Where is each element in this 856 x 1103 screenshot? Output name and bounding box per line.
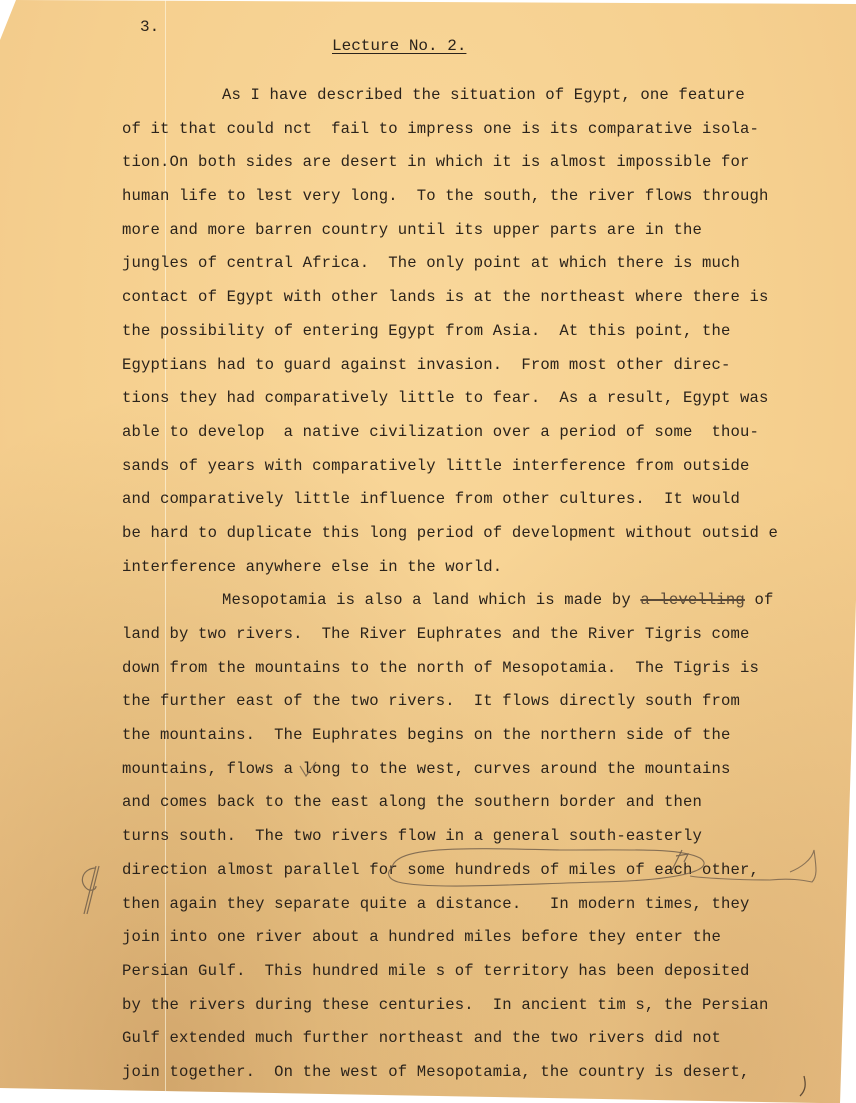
text-line: Egyptians had to guard against invasion.… [122,349,842,383]
text-line: contact of Egypt with other lands is at … [122,281,842,315]
text-line: tion.On both sides are desert in which i… [122,146,842,180]
text-line: be hard to duplicate this long period of… [122,517,842,551]
text-line: and comparatively little influence from … [122,483,842,517]
text-line: mountains, flows a long to the west, cur… [122,753,842,787]
text-line: turns south. The two rivers flow in a ge… [122,820,842,854]
text-segment: of [745,591,774,609]
text-line: Persian Gulf. This hundred mile s of ter… [122,955,842,989]
text-line: able to develop a native civilization ov… [122,416,842,450]
text-line: the possibility of entering Egypt from A… [122,315,842,349]
text-line: Mesopotamia is also a land which is made… [122,584,842,618]
text-line: human life to lɐst very long. To the sou… [122,180,842,214]
text-line: As I have described the situation of Egy… [122,79,842,113]
text-line: more and more barren country until its u… [122,214,842,248]
text-line: jungles of central Africa. The only poin… [122,247,842,281]
text-line: Gulf extended much further northeast and… [122,1022,842,1056]
text-line: direction almost parallel for some hundr… [122,854,842,888]
typed-page: 3. Lecture No. 2. As I have described th… [0,0,856,1103]
paragraph-mark-icon [82,866,99,914]
text-line: down from the mountains to the north of … [122,652,842,686]
page-number: 3. [140,18,159,36]
body-text: As I have described the situation of Egy… [122,79,842,1090]
text-line: of it that could nct fail to impress one… [122,113,842,147]
text-line: by the rivers during these centuries. In… [122,989,842,1023]
text-line: the mountains. The Euphrates begins on t… [122,719,842,753]
text-line: join into one river about a hundred mile… [122,921,842,955]
text-line: land by two rivers. The River Euphrates … [122,618,842,652]
text-line: then again they separate quite a distanc… [122,888,842,922]
page-title: Lecture No. 2. [332,37,466,55]
text-line: sands of years with comparatively little… [122,450,842,484]
text-line: tions they had comparatively little to f… [122,382,842,416]
text-line: and comes back to the east along the sou… [122,786,842,820]
text-line: the further east of the two rivers. It f… [122,685,842,719]
text-line: interference anywhere else in the world. [122,551,842,585]
struck-text: a levelling [640,591,745,609]
text-line: join together. On the west of Mesopotami… [122,1056,842,1090]
text-segment: Mesopotamia is also a land which is made… [222,591,640,609]
